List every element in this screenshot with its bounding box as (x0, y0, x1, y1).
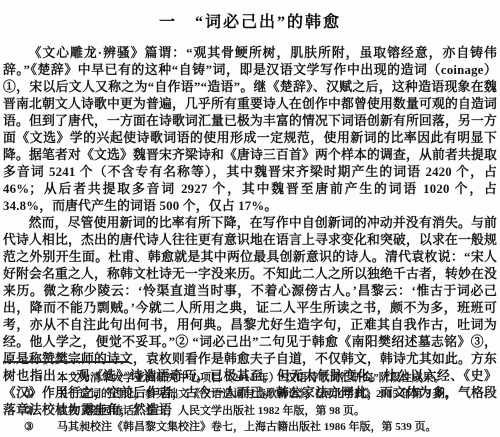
footnote-2-marker: ② (24, 403, 57, 419)
footnote-1: ① 关于造词的讨论，参见拙文《汉语造词与诗歌新语》，《河北学刊》2015 年第 … (3, 386, 497, 402)
section-title: 一 “词必己出”的韩愈 (3, 9, 497, 32)
footnote-separator (3, 361, 129, 363)
footnote-1-text: 关于造词的讨论，参见拙文《汉语造词与诗歌新语》，《河北学刊》2015 年第 3 … (57, 386, 497, 402)
footnote-funding: • 本文为清华大学亚洲研究中心项目（2014 年）“汉语诗歌词汇研究”阶段性成果… (3, 370, 497, 386)
footnotes-section: • 本文为清华大学亚洲研究中心项目（2014 年）“汉语诗歌词汇研究”阶段性成果… (3, 361, 497, 435)
paragraph-1: 《文心雕龙·辨骚》篇谓：“观其骨鲠所树，肌肤所附，虽取镕经意，亦自铸伟辞。”《楚… (3, 45, 497, 215)
footnote-funding-text: 本文为清华大学亚洲研究中心项目（2014 年）“汉语诗歌词汇研究”阶段性成果。 (57, 370, 497, 386)
footnote-3-text: 马其昶校注《韩昌黎文集校注》卷七，上海古籍出版社 1986 年版，第 539 页… (57, 419, 497, 435)
footnote-2-text: 袁枚《随园诗话》卷三，人民文学出版社 1982 年版，第 98 页。 (57, 403, 497, 419)
footnote-2: ② 袁枚《随园诗话》卷三，人民文学出版社 1982 年版，第 98 页。 (3, 403, 497, 419)
footnote-funding-marker: • (24, 370, 57, 386)
footnote-3: ③ 马其昶校注《韩昌黎文集校注》卷七，上海古籍出版社 1986 年版，第 539… (3, 419, 497, 435)
article-page: 一 “词必己出”的韩愈 《文心雕龙·辨骚》篇谓：“观其骨鲠所树，肌肤所附，虽取镕… (0, 0, 500, 437)
footnote-3-marker: ③ (24, 419, 57, 435)
footnote-1-marker: ① (24, 386, 57, 402)
